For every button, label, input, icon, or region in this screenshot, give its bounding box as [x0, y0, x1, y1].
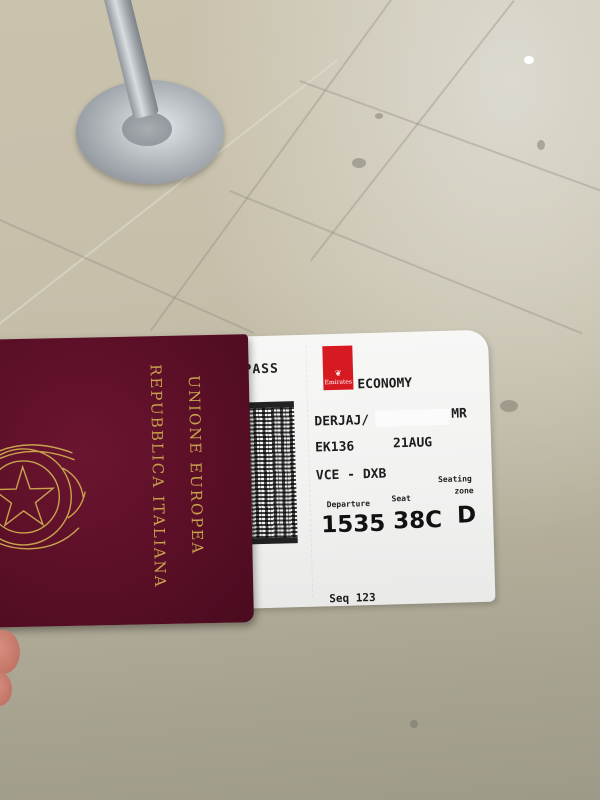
photo-scene: G PASS ❦ Emirates ECONOMY DERJAJ/ MR EK1…	[0, 0, 600, 800]
finger	[0, 630, 20, 674]
zone-label-2: zone	[454, 486, 474, 496]
floor-grout	[310, 0, 514, 261]
emblem-icon	[0, 427, 115, 560]
floor-spot	[352, 158, 366, 168]
seating-zone: D	[457, 502, 477, 529]
floor-grout	[0, 210, 254, 333]
flight-number: EK136	[315, 439, 355, 455]
floor-grout	[299, 80, 600, 191]
passport: UNIONE EUROPEA REPUBBLICA ITALIANA	[0, 334, 254, 628]
light-reflection	[524, 56, 534, 64]
floor-spot	[410, 720, 418, 728]
seat-number: 38C	[393, 507, 443, 534]
passenger-title: MR	[451, 406, 467, 421]
cabin-class: ECONOMY	[357, 376, 412, 393]
finger	[0, 672, 12, 706]
redaction-box	[375, 409, 449, 427]
floor-spot	[537, 140, 545, 150]
logo-wordmark: Emirates	[324, 378, 352, 386]
sequence-number: Seq 123	[329, 591, 376, 605]
route: VCE - DXB	[316, 467, 387, 484]
passenger-name: DERJAJ/	[314, 413, 369, 430]
pass-divider	[305, 345, 313, 597]
stanchion-base-center	[122, 112, 172, 146]
emirates-logo: ❦ Emirates	[322, 345, 353, 390]
passport-union-text: UNIONE EUROPEA	[185, 375, 207, 555]
departure-time: 1535	[321, 511, 386, 539]
floor-grout	[229, 190, 582, 334]
calligraphy-icon: ❦	[335, 369, 341, 379]
passport-country-text: REPUBBLICA ITALIANA	[147, 364, 170, 589]
floor-spot	[375, 113, 383, 119]
flight-date: 21AUG	[393, 435, 433, 451]
departure-label: Departure	[327, 499, 371, 509]
seat-label: Seat	[391, 494, 411, 504]
floor-spot	[500, 400, 518, 412]
zone-label: Seating	[438, 474, 472, 484]
